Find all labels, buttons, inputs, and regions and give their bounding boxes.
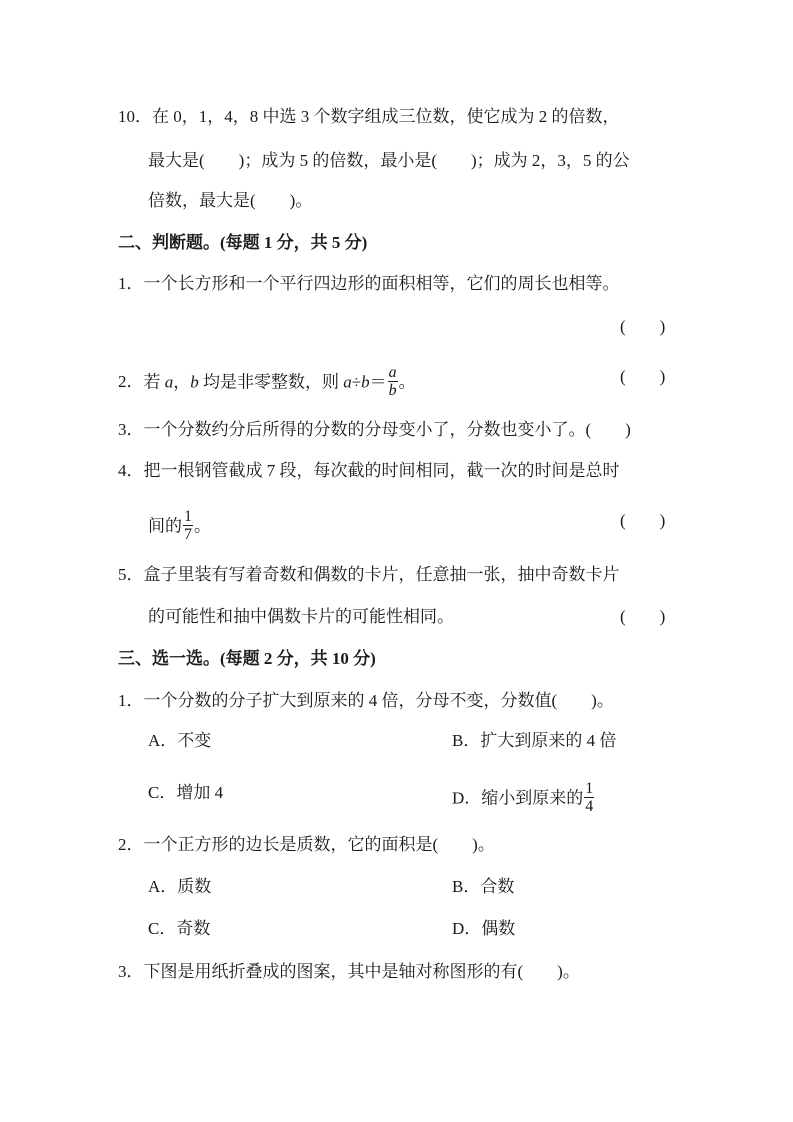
question-text: 一个正方形的边长是质数，它的面积是( )。 xyxy=(144,835,495,854)
fraction-numerator: a xyxy=(388,364,398,382)
variable-b: b xyxy=(361,372,370,391)
question-10-line-2: 最大是( )；成为 5 的倍数，最小是( )；成为 2，3，5 的公 xyxy=(148,150,630,172)
judge-question-1: 1．一个长方形和一个平行四边形的面积相等，它们的周长也相等。 xyxy=(118,273,620,295)
question-10-line-1: 10．在 0，1，4，8 中选 3 个数字组成三位数，使它成为 2 的倍数， xyxy=(118,106,620,128)
question-text: 间的 xyxy=(148,516,182,535)
section-3-heading: 三、选一选。(每题 2 分，共 10 分) xyxy=(118,648,376,670)
answer-blank-4[interactable]: ( ) xyxy=(620,510,665,532)
question-number: 2． xyxy=(118,371,144,393)
fraction-a-over-b: ab xyxy=(388,364,398,399)
judge-question-2: 2．若 a，b 均是非零整数，则 a÷b＝ab。 xyxy=(118,366,416,388)
question-number: 1． xyxy=(118,273,144,295)
equals-sign: ＝ xyxy=(370,372,387,391)
text: 。 xyxy=(194,516,211,535)
answer-blank-5[interactable]: ( ) xyxy=(620,606,665,628)
question-number: 2． xyxy=(118,834,144,856)
text: ， xyxy=(173,372,190,391)
division-sign: ÷ xyxy=(352,372,361,391)
judge-question-5-line-2: 的可能性和抽中偶数卡片的可能性相同。 xyxy=(148,606,454,628)
section-title: 二、判断题。(每题 1 分，共 5 分) xyxy=(118,233,367,252)
text: 若 xyxy=(144,372,165,391)
section-title: 三、选一选。(每题 2 分，共 10 分) xyxy=(118,649,376,668)
fraction-one-fourth: 14 xyxy=(584,780,594,815)
answer-blank-2[interactable]: ( ) xyxy=(620,366,665,388)
choice-question-3: 3．下图是用纸折叠成的图案，其中是轴对称图形的有( )。 xyxy=(118,961,580,983)
option-b[interactable]: B．合数 xyxy=(452,876,514,898)
question-number: 3． xyxy=(118,419,144,441)
choice-question-1: 1．一个分数的分子扩大到原来的 4 倍，分母不变，分数值( )。 xyxy=(118,690,614,712)
question-text: 一个分数的分子扩大到原来的 4 倍，分母不变，分数值( )。 xyxy=(144,691,614,710)
question-text: 在 0，1，4，8 中选 3 个数字组成三位数，使它成为 2 的倍数， xyxy=(152,107,620,126)
question-text: 把一根钢管截成 7 段，每次截的时间相同，截一次的时间是总时 xyxy=(144,461,620,480)
variable-a: a xyxy=(165,372,174,391)
choice-question-2: 2．一个正方形的边长是质数，它的面积是( )。 xyxy=(118,834,495,856)
fraction-numerator: 1 xyxy=(584,780,594,798)
question-text: 最大是( )；成为 5 的倍数，最小是( )；成为 2，3，5 的公 xyxy=(148,151,630,170)
fraction-one-seventh: 17 xyxy=(183,508,193,543)
option-d[interactable]: D．偶数 xyxy=(452,918,515,940)
option-label: D．偶数 xyxy=(452,919,515,938)
option-label: B．合数 xyxy=(452,877,514,896)
variable-a: a xyxy=(343,372,352,391)
fraction-denominator: b xyxy=(388,382,398,399)
fraction-denominator: 4 xyxy=(584,798,594,815)
question-text: 的可能性和抽中偶数卡片的可能性相同。 xyxy=(148,607,454,626)
question-number: 1． xyxy=(118,690,144,712)
variable-b: b xyxy=(190,372,199,391)
option-c[interactable]: C．增加 4 xyxy=(148,782,223,804)
option-label: B．扩大到原来的 4 倍 xyxy=(452,731,616,750)
question-text: 一个长方形和一个平行四边形的面积相等，它们的周长也相等。 xyxy=(144,274,620,293)
question-number: 4． xyxy=(118,460,144,482)
question-text: 一个分数约分后所得的分数的分母变小了，分数也变小了。( ) xyxy=(144,420,631,439)
question-text: 倍数，最大是( )。 xyxy=(148,191,312,210)
judge-question-4-line-2: 间的17。 xyxy=(148,510,211,532)
question-number: 10． xyxy=(118,106,152,128)
option-label: D．缩小到原来的 xyxy=(452,788,583,807)
option-d[interactable]: D．缩小到原来的14 xyxy=(452,782,595,804)
question-text: 盒子里装有写着奇数和偶数的卡片，任意抽一张，抽中奇数卡片 xyxy=(144,565,620,584)
option-c[interactable]: C．奇数 xyxy=(148,918,210,940)
option-a[interactable]: A．不变 xyxy=(148,730,211,752)
question-10-line-3: 倍数，最大是( )。 xyxy=(148,190,312,212)
answer-blank-1[interactable]: ( ) xyxy=(620,316,665,338)
option-label: C．增加 4 xyxy=(148,783,223,802)
fraction-denominator: 7 xyxy=(183,526,193,543)
section-2-heading: 二、判断题。(每题 1 分，共 5 分) xyxy=(118,232,367,254)
option-a[interactable]: A．质数 xyxy=(148,876,211,898)
question-number: 3． xyxy=(118,961,144,983)
option-label: A．质数 xyxy=(148,877,211,896)
option-b[interactable]: B．扩大到原来的 4 倍 xyxy=(452,730,616,752)
judge-question-4-line-1: 4．把一根钢管截成 7 段，每次截的时间相同，截一次的时间是总时 xyxy=(118,460,620,482)
judge-question-5-line-1: 5．盒子里装有写着奇数和偶数的卡片，任意抽一张，抽中奇数卡片 xyxy=(118,564,620,586)
text: 均是非零整数，则 xyxy=(199,372,344,391)
fraction-numerator: 1 xyxy=(183,508,193,526)
text: 。 xyxy=(399,372,416,391)
question-text: 下图是用纸折叠成的图案，其中是轴对称图形的有( )。 xyxy=(144,962,580,981)
judge-question-3: 3．一个分数约分后所得的分数的分母变小了，分数也变小了。( ) xyxy=(118,419,631,441)
question-number: 5． xyxy=(118,564,144,586)
option-label: C．奇数 xyxy=(148,919,210,938)
option-label: A．不变 xyxy=(148,731,211,750)
